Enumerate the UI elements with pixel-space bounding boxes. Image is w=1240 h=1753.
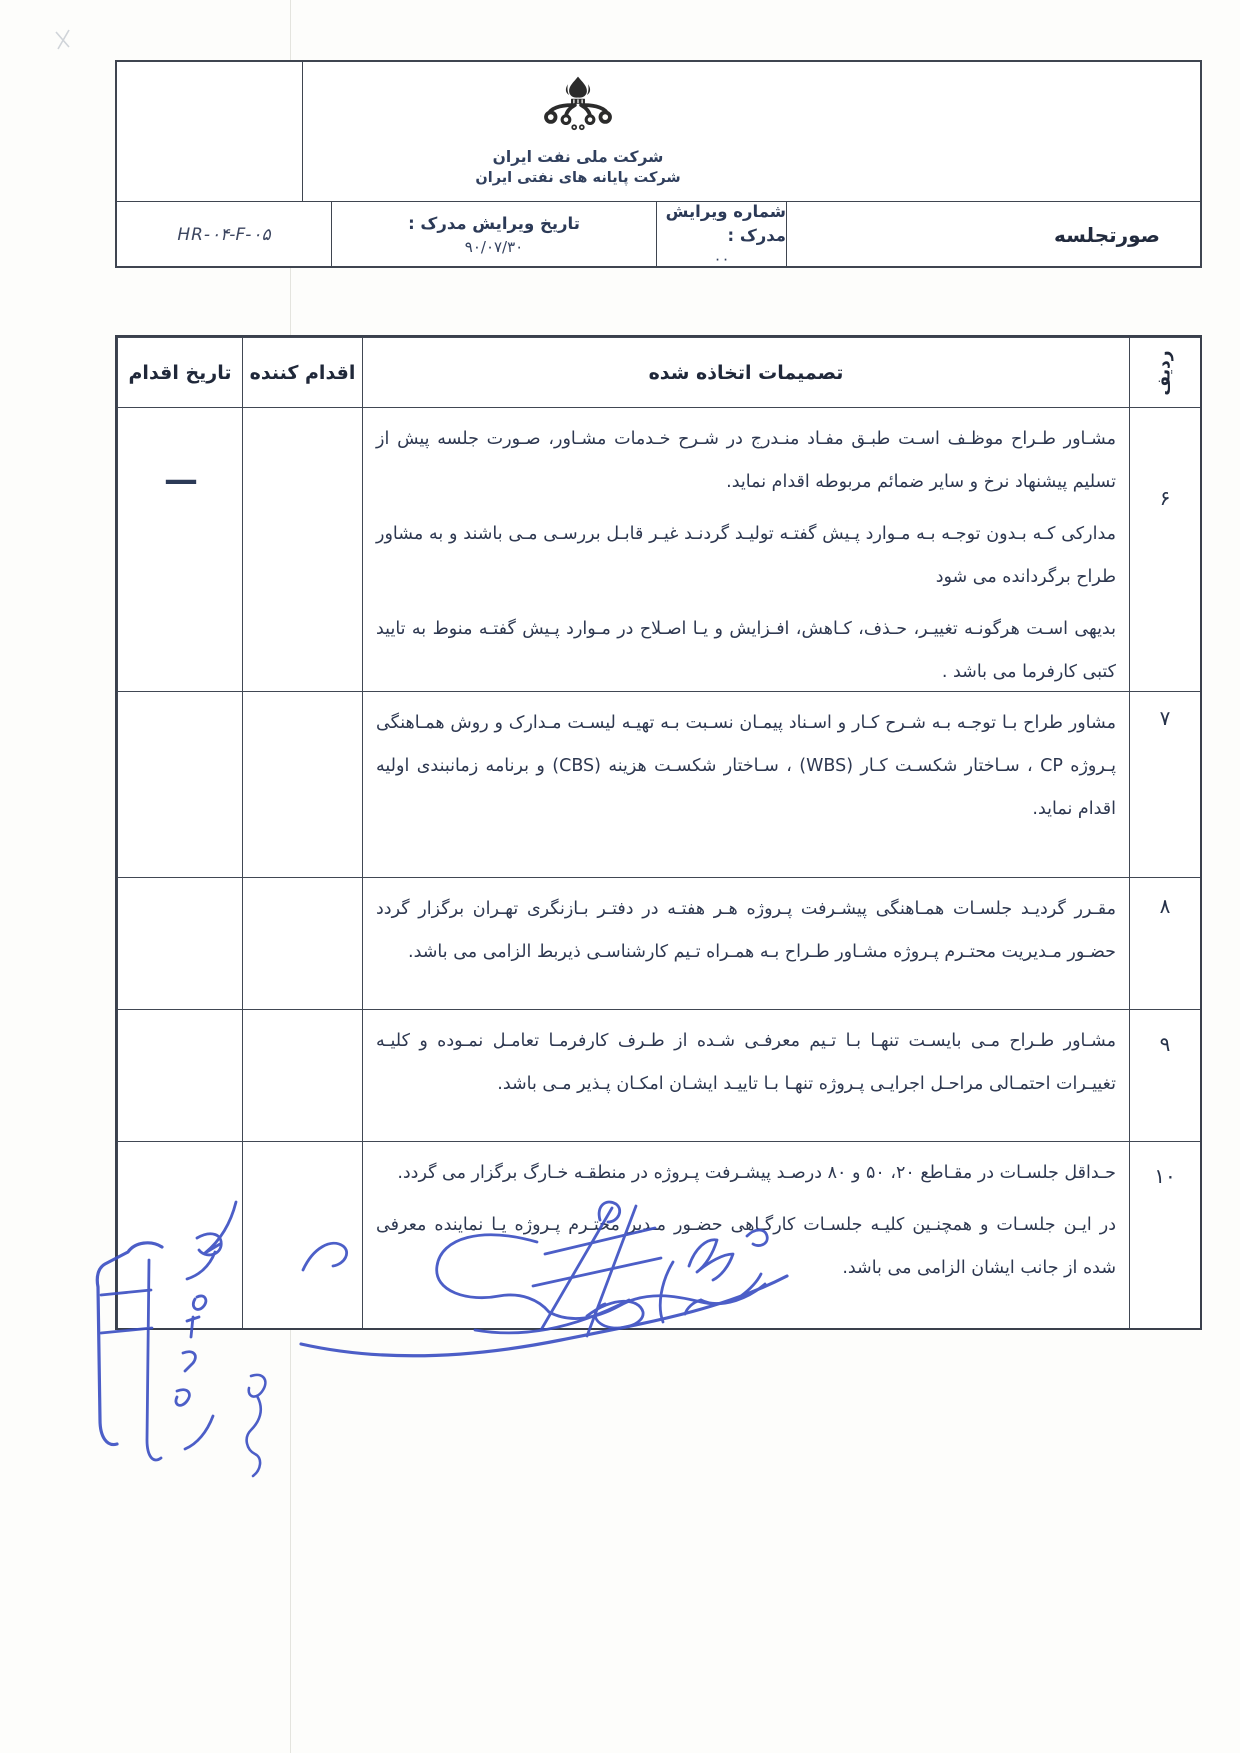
revision-date-label: تاریخ ویرایش مدرک : (408, 212, 580, 236)
row-number: ۶ (1129, 407, 1200, 691)
company-identity-block: شرکت ملی نفت ایران شرکت پایانه های نفتی … (463, 70, 693, 188)
revision-number-cell: شماره ویرایش مدرک : ۰۰ (657, 202, 787, 268)
action-date-cell: — (117, 407, 242, 691)
header-top-row: شرکت ملی نفت ایران شرکت پایانه های نفتی … (117, 62, 1200, 202)
doc-type-cell: صورتجلسه (787, 202, 1200, 268)
decisions-table: ردیف تصمیمات اتخاذه شده اقدام کننده تاری… (115, 335, 1202, 1330)
org-name-line1: شرکت ملی نفت ایران (463, 147, 693, 168)
doc-code-cell: HR-۰۴-F-۰۵ (117, 202, 332, 268)
actor-cell (242, 691, 362, 877)
decision-text-cell: مشـاور طـراح موظـف اسـت طبـق مفـاد منـدر… (362, 407, 1129, 691)
actor-cell (242, 1009, 362, 1141)
decision-paragraph: حـداقل جلسـات در مقـاطع ۲۰، ۵۰ و ۸۰ درصـ… (376, 1152, 1116, 1195)
doc-code: HR-۰۴-F-۰۵ (177, 225, 270, 245)
row-number: ۸ (1129, 877, 1200, 1009)
decision-paragraph: مقـرر گردیـد جلسـات همـاهنگی پیشـرفت پـر… (376, 888, 1116, 974)
pen-mark (56, 30, 69, 49)
decision-text-cell: مقـرر گردیـد جلسـات همـاهنگی پیشـرفت پـر… (362, 877, 1129, 1009)
actor-cell (242, 877, 362, 1009)
header-logo-cell: شرکت ملی نفت ایران شرکت پایانه های نفتی … (303, 62, 1200, 201)
action-date-cell (117, 1009, 242, 1141)
decision-paragraph: مشـاور طـراح مـی بایسـت تنهـا بـا تـیم م… (376, 1020, 1116, 1106)
row-number: ۹ (1129, 1009, 1200, 1141)
col-header-decisions: تصمیمات اتخاذه شده (362, 337, 1129, 407)
decision-text-cell: مشاور طراح بـا توجـه بـه شـرح کـار و اسـ… (362, 691, 1129, 877)
row-number: ۱۰ (1129, 1141, 1200, 1328)
revision-date-cell: تاریخ ویرایش مدرک : ۹۰/۰۷/۳۰ (332, 202, 657, 268)
decision-text-cell: حـداقل جلسـات در مقـاطع ۲۰، ۵۰ و ۸۰ درصـ… (362, 1141, 1129, 1328)
header-empty-cell (117, 62, 303, 201)
revision-number-label: شماره ویرایش مدرک : (657, 200, 786, 248)
org-name-line2: شرکت پایانه های نفتی ایران (463, 168, 693, 188)
header-bottom-row: HR-۰۴-F-۰۵ تاریخ ویرایش مدرک : ۹۰/۰۷/۳۰ … (117, 202, 1200, 268)
decision-text-cell: مشـاور طـراح مـی بایسـت تنهـا بـا تـیم م… (362, 1009, 1129, 1141)
actor-cell (242, 1141, 362, 1328)
decision-paragraph: مشـاور طـراح موظـف اسـت طبـق مفـاد منـدر… (376, 418, 1116, 504)
actor-cell (242, 407, 362, 691)
action-date-cell (117, 691, 242, 877)
scanned-meeting-minutes-page: شرکت ملی نفت ایران شرکت پایانه های نفتی … (0, 0, 1240, 1753)
doc-type-title: صورتجلسه (1054, 223, 1160, 247)
col-header-actor: اقدام کننده (242, 337, 362, 407)
handwritten-dash-mark: — (164, 460, 196, 500)
col-header-row-number: ردیف (1129, 337, 1200, 407)
row-number: ۷ (1129, 691, 1200, 877)
action-date-cell (117, 877, 242, 1009)
decision-paragraph: مدارکی کـه بـدون توجـه بـه مـوارد پـیش گ… (376, 513, 1116, 599)
nioc-flame-logo-icon (540, 70, 616, 144)
action-date-cell (117, 1141, 242, 1328)
decision-paragraph: در ایـن جلسـات و همچنـین کلیـه جلسـات کا… (376, 1204, 1116, 1290)
signature-5 (247, 1375, 266, 1476)
revision-date-value: ۹۰/۰۷/۳۰ (465, 236, 523, 258)
revision-number-value: ۰۰ (713, 248, 729, 270)
header-table: شرکت ملی نفت ایران شرکت پایانه های نفتی … (115, 60, 1202, 268)
decision-paragraph: مشاور طراح بـا توجـه بـه شـرح کـار و اسـ… (376, 702, 1116, 831)
decision-paragraph: بدیهی اسـت هرگونـه تغییـر، حـذف، کـاهش، … (376, 608, 1116, 691)
col-header-action-date: تاریخ اقدام (117, 337, 242, 407)
